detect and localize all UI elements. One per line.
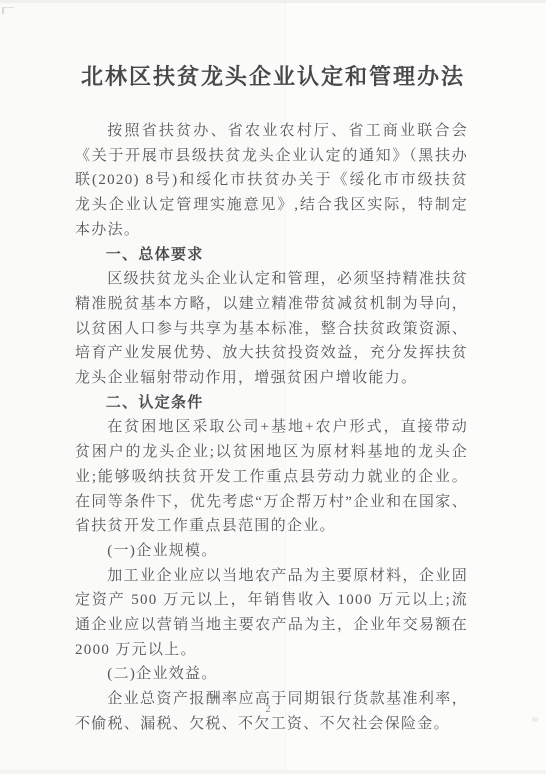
subheading-enterprise-benefit: (二)企业效益。 [75,662,468,687]
paragraph-enterprise-scale: 加工业企业应以当地农产品为主要原材料，企业固定资产 500 万元以上，年销售收入… [75,564,468,663]
subheading-enterprise-scale: (一)企业规模。 [75,539,468,564]
page-number: 2 [0,704,536,715]
paragraph-certification-conditions: 在贫困地区采取公司+基地+农户形式，直接带动贫困户的龙头企业;以贫困地区为原材料… [75,415,468,539]
scan-edge-bottom [0,770,546,774]
scan-artifact-corner [2,7,14,14]
document-title: 北林区扶贫龙头企业认定和管理办法 [0,60,546,91]
scan-edge-top [0,0,546,3]
section-heading-certification-conditions: 二、认定条件 [75,391,468,416]
paragraph-general-requirements: 区级扶贫龙头企业认定和管理，必须坚持精准扶贫精准脱贫基本方略，以建立精准带贫减贫… [75,267,468,391]
section-heading-general-requirements: 一、总体要求 [75,243,468,268]
document-body: 按照省扶贫办、省农业农村厅、省工商业联合会《关于开展市县级扶贫龙头企业认定的通知… [75,119,468,737]
scanned-document-page: { "document": { "title": "北林区扶贫龙头企业认定和管理… [0,0,546,774]
paragraph-intro: 按照省扶贫办、省农业农村厅、省工商业联合会《关于开展市县级扶贫龙头企业认定的通知… [75,119,468,243]
scan-artifact-speck [532,717,538,722]
